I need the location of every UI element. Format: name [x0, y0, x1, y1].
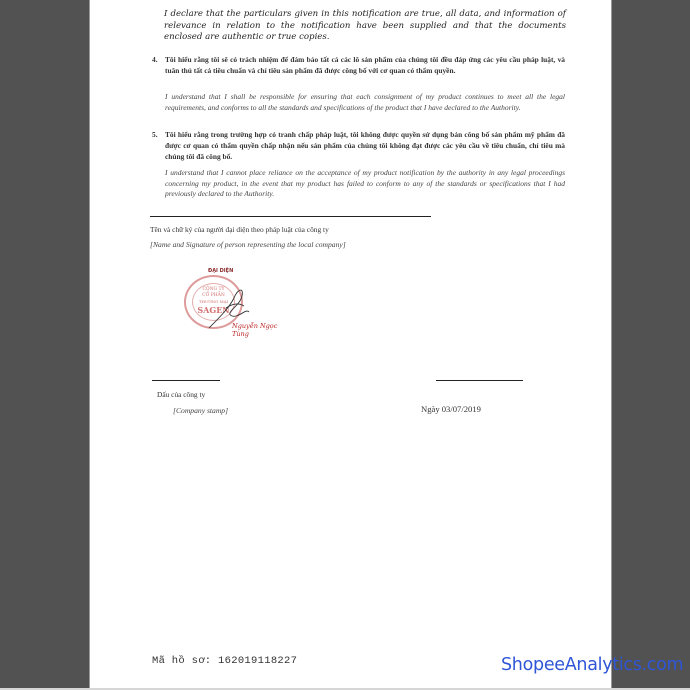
company-stamp-line: [152, 380, 220, 381]
declaration-english: I declare that the particulars given in …: [164, 9, 566, 44]
date-line: [436, 380, 523, 381]
item-5-number: 5.: [152, 130, 158, 139]
signature-label-english: [Name and Signature of person representi…: [150, 240, 346, 249]
company-stamp-label-english: [Company stamp]: [173, 406, 228, 415]
item-5-english: I understand that I cannot place relianc…: [165, 168, 565, 200]
company-seal-and-signature: ĐẠI DIỆN CÔNG TY CỔ PHẦN THƯƠNG MẠI SAGE…: [164, 264, 294, 359]
signature-label-vietnamese: Tên và chữ ký của người đại diện theo ph…: [150, 225, 329, 234]
document-page: I declare that the particulars given in …: [89, 0, 612, 688]
item-4-english: I understand that I shall be responsible…: [165, 92, 565, 113]
stamp-title: ĐẠI DIỆN: [208, 268, 233, 274]
company-stamp-label-vietnamese: Dấu của công ty: [157, 390, 205, 399]
watermark: ShopeeAnalytics.com: [501, 655, 683, 675]
document-date: Ngày 03/07/2019: [421, 404, 481, 414]
file-number: Mã hồ sơ: 162019118227: [152, 655, 297, 667]
signature-line: [150, 216, 431, 217]
item-4-vietnamese: Tôi hiểu rằng tôi sẽ có trách nhiệm để đ…: [165, 54, 565, 76]
item-5-vietnamese: Tôi hiểu rằng trong trường hợp có tranh …: [165, 129, 565, 162]
signer-name: Nguyễn Ngọc Tùng: [232, 322, 294, 338]
item-4-number: 4.: [152, 55, 158, 64]
